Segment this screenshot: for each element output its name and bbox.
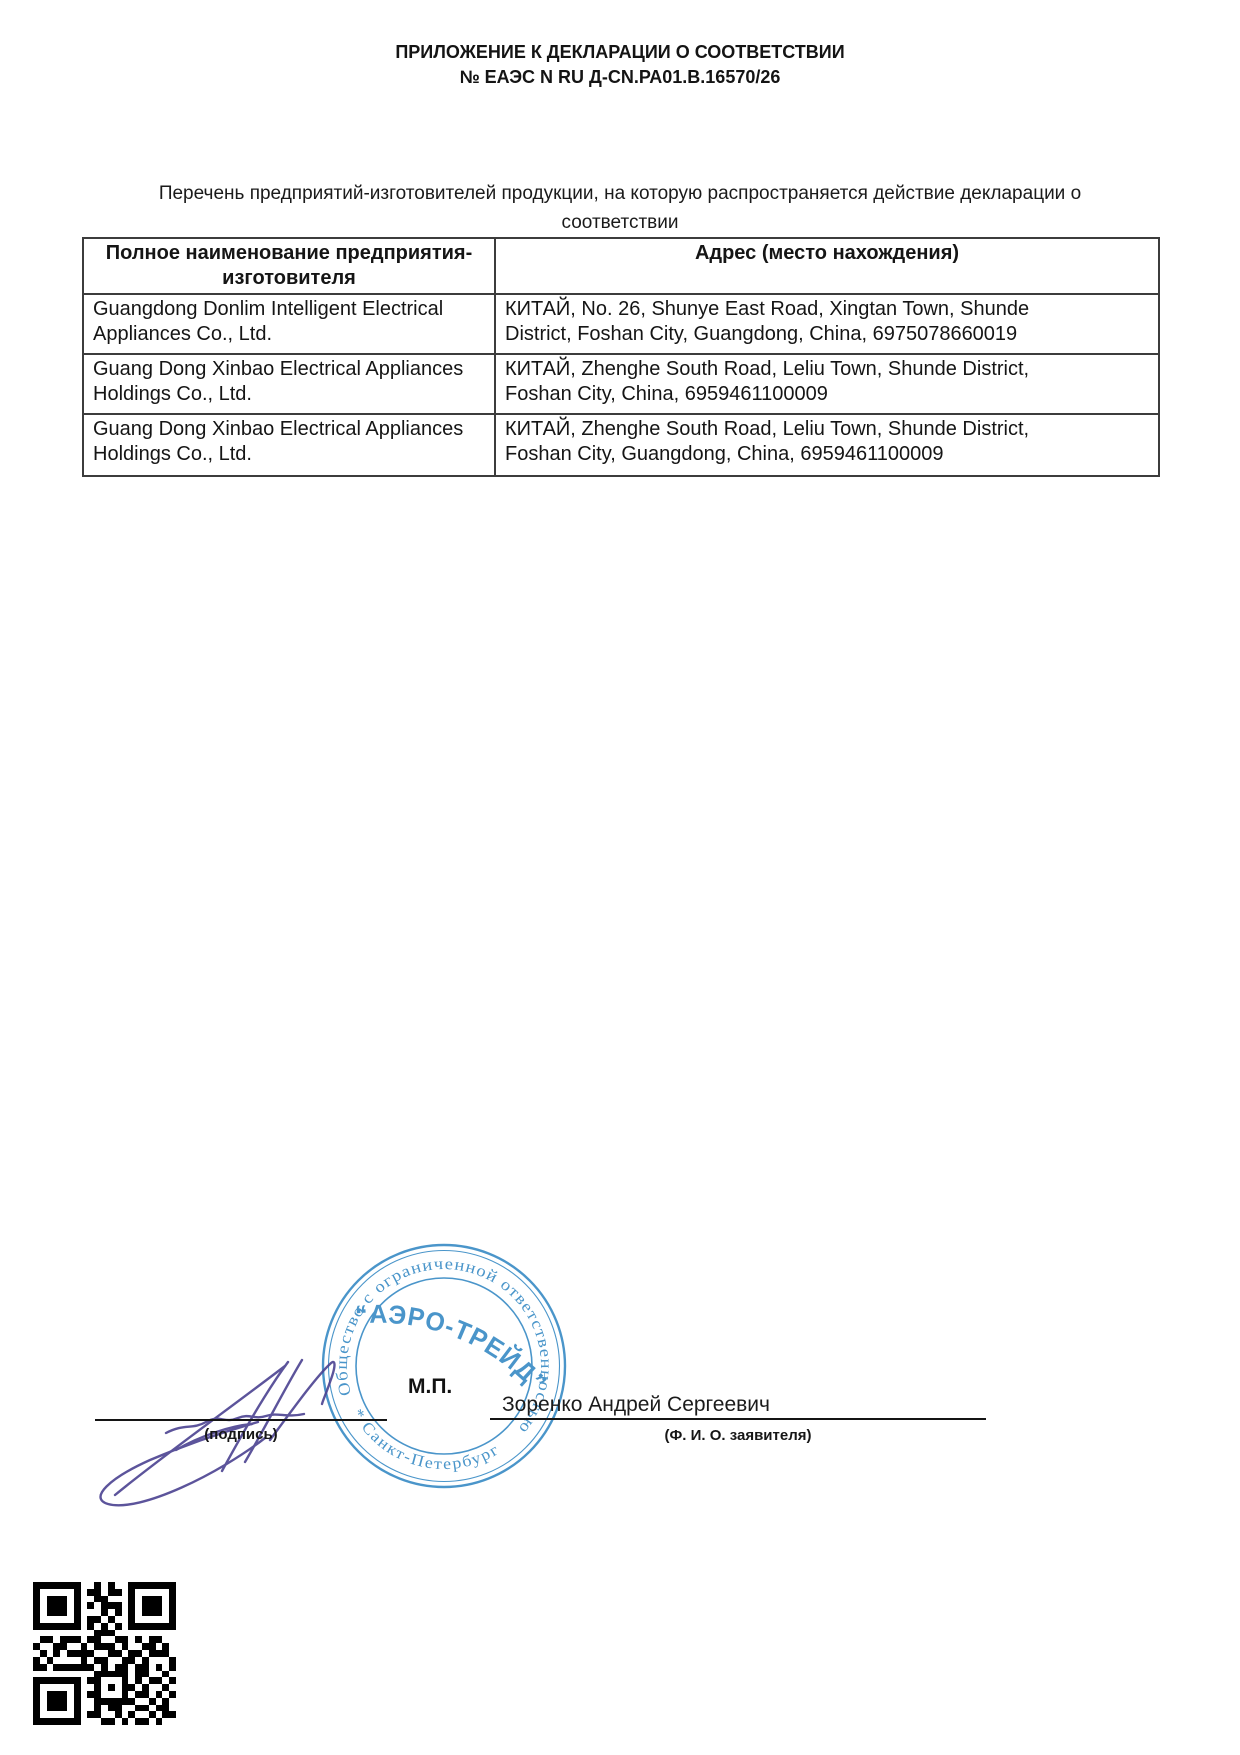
qr-module	[101, 1691, 108, 1698]
qr-module	[169, 1602, 176, 1609]
qr-module	[142, 1684, 149, 1691]
qr-module	[115, 1623, 122, 1630]
qr-module	[74, 1596, 81, 1603]
qr-module	[94, 1705, 101, 1712]
qr-module	[101, 1698, 108, 1705]
qr-module	[142, 1711, 149, 1718]
qr-module	[135, 1711, 142, 1718]
qr-module	[94, 1677, 101, 1684]
qr-module	[115, 1718, 122, 1725]
qr-module	[60, 1636, 67, 1643]
qr-module	[33, 1684, 40, 1691]
qr-module	[74, 1705, 81, 1712]
qr-module	[74, 1671, 81, 1678]
qr-module	[33, 1718, 40, 1725]
qr-module	[33, 1650, 40, 1657]
qr-module	[60, 1596, 67, 1603]
qr-module	[87, 1582, 94, 1589]
qr-module	[169, 1684, 176, 1691]
qr-module	[122, 1705, 129, 1712]
qr-module	[156, 1671, 163, 1678]
qr-module	[122, 1596, 129, 1603]
qr-module	[33, 1602, 40, 1609]
qr-module	[108, 1657, 115, 1664]
qr-module	[81, 1705, 88, 1712]
qr-module	[74, 1718, 81, 1725]
qr-module	[115, 1684, 122, 1691]
qr-module	[101, 1711, 108, 1718]
qr-module	[33, 1643, 40, 1650]
qr-module	[142, 1705, 149, 1712]
qr-module	[156, 1643, 163, 1650]
qr-module	[162, 1596, 169, 1603]
qr-module	[47, 1636, 54, 1643]
qr-module	[135, 1582, 142, 1589]
qr-module	[169, 1664, 176, 1671]
qr-module	[169, 1705, 176, 1712]
qr-module	[115, 1602, 122, 1609]
qr-module	[40, 1718, 47, 1725]
qr-module	[128, 1636, 135, 1643]
qr-module	[115, 1711, 122, 1718]
mp-label: М.П.	[408, 1375, 452, 1399]
qr-module	[162, 1698, 169, 1705]
qr-module	[135, 1636, 142, 1643]
qr-module	[33, 1596, 40, 1603]
qr-module	[87, 1711, 94, 1718]
qr-module	[101, 1671, 108, 1678]
qr-module	[128, 1691, 135, 1698]
qr-module	[169, 1718, 176, 1725]
qr-module	[74, 1691, 81, 1698]
qr-module	[47, 1596, 54, 1603]
qr-module	[128, 1596, 135, 1603]
qr-module	[74, 1582, 81, 1589]
qr-module	[122, 1671, 129, 1678]
qr-module	[128, 1671, 135, 1678]
qr-module	[115, 1671, 122, 1678]
qr-module	[162, 1671, 169, 1678]
qr-module	[108, 1677, 115, 1684]
qr-module	[156, 1684, 163, 1691]
qr-module	[74, 1698, 81, 1705]
qr-module	[122, 1677, 129, 1684]
qr-module	[122, 1664, 129, 1671]
qr-module	[162, 1643, 169, 1650]
signature-caption: (подпись)	[95, 1426, 387, 1443]
qr-module	[87, 1609, 94, 1616]
qr-module	[122, 1609, 129, 1616]
qr-module	[87, 1677, 94, 1684]
qr-module	[162, 1630, 169, 1637]
qr-module	[156, 1711, 163, 1718]
qr-module	[87, 1636, 94, 1643]
qr-module	[156, 1589, 163, 1596]
qr-module	[169, 1582, 176, 1589]
cell-address: КИТАЙ, Zhenghe South Road, Leliu Town, S…	[495, 354, 1159, 414]
qr-module	[169, 1671, 176, 1678]
qr-module	[169, 1657, 176, 1664]
qr-module	[128, 1623, 135, 1630]
qr-module	[94, 1718, 101, 1725]
qr-module	[108, 1636, 115, 1643]
qr-module	[67, 1671, 74, 1678]
qr-module	[149, 1691, 156, 1698]
qr-module	[128, 1664, 135, 1671]
qr-module	[60, 1589, 67, 1596]
qr-module	[40, 1636, 47, 1643]
qr-module	[40, 1705, 47, 1712]
qr-module	[108, 1698, 115, 1705]
qr-module	[94, 1602, 101, 1609]
qr-module	[108, 1596, 115, 1603]
qr-module	[108, 1664, 115, 1671]
qr-module	[108, 1650, 115, 1657]
qr-module	[128, 1589, 135, 1596]
qr-module	[94, 1630, 101, 1637]
qr-module	[135, 1677, 142, 1684]
qr-module	[87, 1643, 94, 1650]
qr-module	[40, 1664, 47, 1671]
qr-module	[101, 1630, 108, 1637]
qr-module	[135, 1698, 142, 1705]
applicant-name: Зоренко Андрей Сергеевич	[502, 1393, 770, 1417]
qr-module	[128, 1616, 135, 1623]
qr-module	[53, 1671, 60, 1678]
qr-module	[115, 1636, 122, 1643]
qr-module	[40, 1589, 47, 1596]
qr-module	[156, 1623, 163, 1630]
qr-module	[135, 1691, 142, 1698]
qr-module	[122, 1691, 129, 1698]
qr-module	[74, 1623, 81, 1630]
qr-module	[128, 1711, 135, 1718]
qr-module	[67, 1602, 74, 1609]
qr-module	[108, 1691, 115, 1698]
qr-module	[162, 1602, 169, 1609]
qr-module	[33, 1609, 40, 1616]
qr-module	[122, 1636, 129, 1643]
qr-module	[67, 1582, 74, 1589]
qr-module	[67, 1596, 74, 1603]
qr-module	[135, 1657, 142, 1664]
qr-module	[47, 1664, 54, 1671]
qr-module	[156, 1609, 163, 1616]
qr-module	[156, 1691, 163, 1698]
qr-module	[115, 1677, 122, 1684]
qr-module	[156, 1630, 163, 1637]
qr-module	[128, 1718, 135, 1725]
qr-module	[169, 1650, 176, 1657]
qr-module	[115, 1698, 122, 1705]
qr-module	[162, 1705, 169, 1712]
qr-module	[74, 1630, 81, 1637]
qr-module	[122, 1698, 129, 1705]
qr-module	[149, 1650, 156, 1657]
qr-module	[40, 1616, 47, 1623]
qr-module	[115, 1643, 122, 1650]
qr-module	[60, 1691, 67, 1698]
qr-module	[40, 1684, 47, 1691]
qr-module	[53, 1711, 60, 1718]
qr-module	[162, 1623, 169, 1630]
qr-module	[47, 1698, 54, 1705]
qr-module	[74, 1636, 81, 1643]
qr-module	[135, 1589, 142, 1596]
qr-module	[101, 1602, 108, 1609]
intro-line: Перечень предприятий-изготовителей проду…	[0, 179, 1240, 208]
qr-module	[156, 1664, 163, 1671]
qr-module	[101, 1643, 108, 1650]
qr-module	[94, 1698, 101, 1705]
qr-module	[149, 1623, 156, 1630]
qr-module	[135, 1630, 142, 1637]
qr-module	[60, 1582, 67, 1589]
qr-module	[115, 1705, 122, 1712]
qr-module	[162, 1582, 169, 1589]
table-header-row: Полное наименование предприятия- изготов…	[83, 238, 1159, 294]
qr-module	[162, 1711, 169, 1718]
qr-module	[142, 1718, 149, 1725]
qr-module	[53, 1691, 60, 1698]
qr-module	[162, 1657, 169, 1664]
qr-module	[33, 1664, 40, 1671]
qr-module	[142, 1691, 149, 1698]
qr-module	[67, 1657, 74, 1664]
qr-module	[101, 1582, 108, 1589]
qr-module	[53, 1643, 60, 1650]
qr-module	[149, 1671, 156, 1678]
qr-module	[53, 1664, 60, 1671]
qr-module	[33, 1616, 40, 1623]
qr-module	[40, 1671, 47, 1678]
qr-module	[149, 1657, 156, 1664]
qr-module	[81, 1616, 88, 1623]
qr-module	[74, 1711, 81, 1718]
qr-code	[33, 1582, 176, 1725]
qr-module	[142, 1636, 149, 1643]
qr-module	[81, 1596, 88, 1603]
qr-module	[108, 1582, 115, 1589]
qr-module	[81, 1691, 88, 1698]
cell-manufacturer-name: Guangdong Donlim Intelligent Electrical …	[83, 294, 495, 354]
qr-module	[122, 1623, 129, 1630]
qr-module	[149, 1718, 156, 1725]
qr-module	[74, 1643, 81, 1650]
qr-module	[156, 1718, 163, 1725]
qr-module	[101, 1596, 108, 1603]
qr-module	[94, 1650, 101, 1657]
qr-module	[81, 1664, 88, 1671]
qr-module	[81, 1684, 88, 1691]
qr-module	[108, 1589, 115, 1596]
qr-module	[87, 1602, 94, 1609]
qr-module	[60, 1711, 67, 1718]
qr-module	[40, 1657, 47, 1664]
qr-module	[47, 1602, 54, 1609]
qr-module	[94, 1657, 101, 1664]
qr-module	[74, 1664, 81, 1671]
qr-module	[67, 1698, 74, 1705]
qr-module	[60, 1705, 67, 1712]
qr-module	[47, 1616, 54, 1623]
qr-module	[122, 1630, 129, 1637]
qr-module	[142, 1596, 149, 1603]
qr-module	[94, 1609, 101, 1616]
qr-module	[162, 1684, 169, 1691]
qr-module	[74, 1609, 81, 1616]
qr-module	[53, 1602, 60, 1609]
qr-module	[60, 1643, 67, 1650]
qr-module	[142, 1589, 149, 1596]
qr-module	[128, 1582, 135, 1589]
qr-module	[47, 1691, 54, 1698]
qr-module	[135, 1705, 142, 1712]
qr-module	[169, 1677, 176, 1684]
qr-module	[162, 1650, 169, 1657]
qr-module	[94, 1596, 101, 1603]
qr-module	[81, 1643, 88, 1650]
qr-module	[122, 1718, 129, 1725]
qr-module	[162, 1589, 169, 1596]
qr-module	[87, 1616, 94, 1623]
qr-module	[142, 1664, 149, 1671]
qr-module	[169, 1698, 176, 1705]
qr-module	[135, 1671, 142, 1678]
qr-module	[53, 1684, 60, 1691]
qr-module	[135, 1684, 142, 1691]
qr-module	[40, 1711, 47, 1718]
qr-module	[156, 1657, 163, 1664]
qr-module	[94, 1616, 101, 1623]
qr-module	[169, 1589, 176, 1596]
qr-module	[162, 1609, 169, 1616]
intro-line: соответствии	[0, 208, 1240, 237]
qr-module	[122, 1650, 129, 1657]
qr-module	[81, 1711, 88, 1718]
qr-module	[67, 1609, 74, 1616]
qr-module	[60, 1671, 67, 1678]
qr-module	[81, 1718, 88, 1725]
qr-module	[149, 1698, 156, 1705]
qr-module	[115, 1589, 122, 1596]
qr-module	[87, 1691, 94, 1698]
qr-module	[128, 1698, 135, 1705]
qr-module	[162, 1677, 169, 1684]
qr-module	[115, 1582, 122, 1589]
qr-module	[87, 1630, 94, 1637]
qr-module	[53, 1630, 60, 1637]
qr-module	[60, 1650, 67, 1657]
qr-module	[74, 1602, 81, 1609]
qr-module	[81, 1623, 88, 1630]
qr-module	[115, 1609, 122, 1616]
qr-module	[169, 1596, 176, 1603]
qr-module	[33, 1691, 40, 1698]
qr-module	[142, 1582, 149, 1589]
qr-module	[67, 1636, 74, 1643]
qr-module	[81, 1582, 88, 1589]
manufacturers-table: Полное наименование предприятия- изготов…	[82, 237, 1160, 477]
signature-line	[95, 1419, 387, 1421]
qr-module	[67, 1691, 74, 1698]
qr-module	[81, 1636, 88, 1643]
qr-module	[53, 1718, 60, 1725]
qr-module	[33, 1582, 40, 1589]
qr-module	[47, 1609, 54, 1616]
qr-module	[149, 1664, 156, 1671]
qr-module	[142, 1602, 149, 1609]
qr-module	[149, 1643, 156, 1650]
qr-module	[162, 1664, 169, 1671]
qr-module	[108, 1616, 115, 1623]
qr-module	[101, 1616, 108, 1623]
qr-module	[67, 1664, 74, 1671]
qr-module	[135, 1596, 142, 1603]
qr-module	[47, 1589, 54, 1596]
qr-module	[67, 1616, 74, 1623]
qr-module	[101, 1718, 108, 1725]
qr-module	[33, 1671, 40, 1678]
qr-module	[115, 1650, 122, 1657]
qr-module	[47, 1705, 54, 1712]
qr-module	[142, 1657, 149, 1664]
qr-module	[149, 1684, 156, 1691]
qr-module	[67, 1677, 74, 1684]
qr-module	[87, 1596, 94, 1603]
qr-module	[87, 1650, 94, 1657]
qr-module	[101, 1623, 108, 1630]
qr-module	[94, 1582, 101, 1589]
qr-module	[142, 1643, 149, 1650]
qr-module	[135, 1650, 142, 1657]
qr-module	[87, 1664, 94, 1671]
page-title: ПРИЛОЖЕНИЕ К ДЕКЛАРАЦИИ О СООТВЕТСТВИИ №…	[0, 40, 1240, 90]
qr-module	[74, 1684, 81, 1691]
intro-text: Перечень предприятий-изготовителей проду…	[0, 179, 1240, 237]
qr-module	[169, 1711, 176, 1718]
qr-module	[169, 1636, 176, 1643]
cell-manufacturer-name: Guang Dong Xinbao Electrical Appliances …	[83, 414, 495, 476]
qr-module	[169, 1616, 176, 1623]
qr-module	[115, 1630, 122, 1637]
qr-module	[115, 1657, 122, 1664]
qr-module	[47, 1677, 54, 1684]
qr-module	[149, 1616, 156, 1623]
qr-module	[87, 1705, 94, 1712]
qr-module	[108, 1711, 115, 1718]
qr-module	[40, 1677, 47, 1684]
qr-module	[101, 1705, 108, 1712]
qr-module	[81, 1677, 88, 1684]
qr-module	[60, 1623, 67, 1630]
qr-module	[115, 1596, 122, 1603]
qr-module	[53, 1677, 60, 1684]
qr-module	[149, 1589, 156, 1596]
qr-module	[156, 1705, 163, 1712]
qr-module	[67, 1711, 74, 1718]
qr-module	[94, 1623, 101, 1630]
qr-module	[40, 1602, 47, 1609]
qr-module	[149, 1582, 156, 1589]
qr-module	[128, 1609, 135, 1616]
qr-module	[122, 1602, 129, 1609]
qr-module	[74, 1616, 81, 1623]
qr-module	[135, 1664, 142, 1671]
qr-module	[67, 1705, 74, 1712]
qr-module	[108, 1684, 115, 1691]
qr-module	[94, 1711, 101, 1718]
